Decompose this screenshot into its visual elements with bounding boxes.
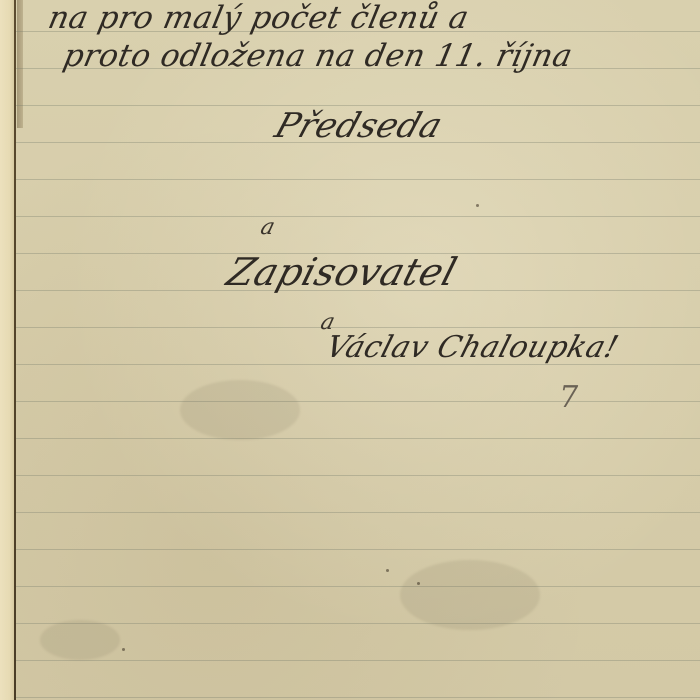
notebook-page: na pro malý počet členů a proto odložena…: [0, 0, 700, 700]
ruled-line: [16, 549, 700, 550]
ruled-line: [16, 216, 700, 217]
paper-stain: [40, 620, 120, 660]
ruled-line: [16, 697, 700, 698]
handwritten-line-2: proto odložena na den 11. října: [60, 38, 576, 74]
paper-speck: [417, 582, 420, 585]
paper-speck: [122, 648, 125, 651]
ruled-line: [16, 623, 700, 624]
paper-speck: [476, 204, 479, 207]
paper-speck: [386, 569, 389, 572]
ruled-line: [16, 586, 700, 587]
page-edge: [0, 0, 14, 700]
ruled-line: [16, 179, 700, 180]
connector-mark-1: a: [258, 215, 278, 240]
ruled-line: [16, 327, 700, 328]
ruled-line: [16, 401, 700, 402]
ruled-line: [16, 660, 700, 661]
paper-stain: [400, 560, 540, 630]
paper-stain: [180, 380, 300, 440]
margin-mark: 7: [556, 380, 582, 415]
ruled-line: [16, 512, 700, 513]
recorder-title: Zapisovatel: [222, 250, 462, 294]
ruled-line: [16, 475, 700, 476]
binding-shadow: [17, 0, 23, 128]
handwritten-line-1: na pro malý počet členů a: [45, 0, 472, 36]
ruled-line: [16, 438, 700, 439]
recorder-signature: Václav Chaloupka!: [322, 330, 623, 365]
chairman-signature: Předseda: [270, 106, 448, 146]
